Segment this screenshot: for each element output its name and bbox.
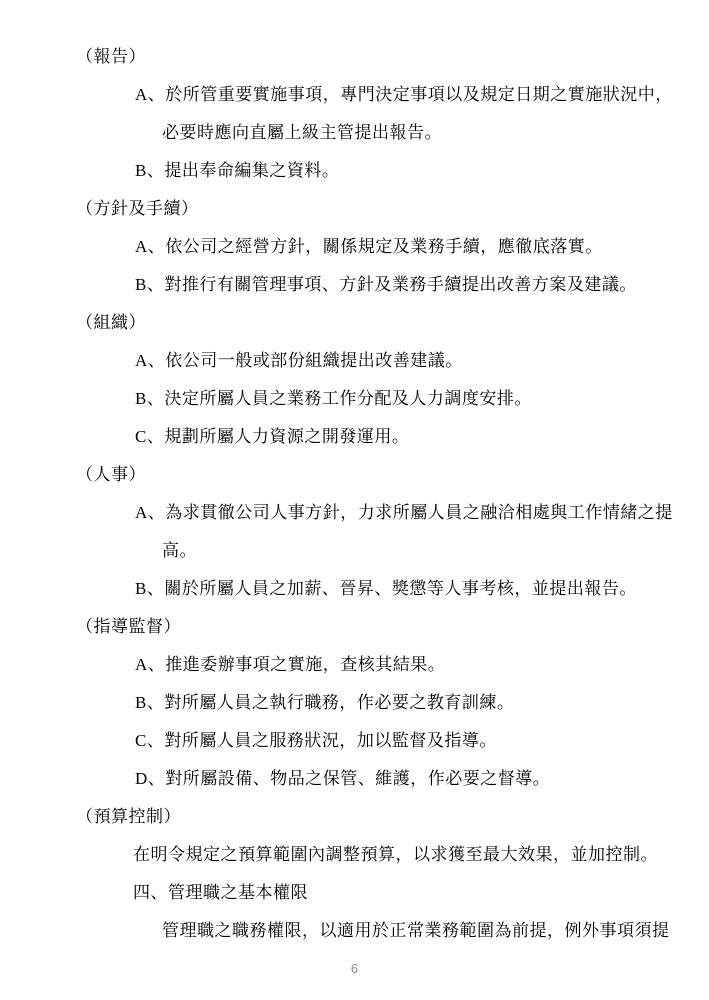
list-item: B、關於所屬人員之加薪、晉昇、獎懲等人事考核，並提出報告。 bbox=[0, 570, 709, 608]
list-item: B、對所屬人員之執行職務，作必要之教育訓練。 bbox=[0, 684, 709, 722]
list-item: B、決定所屬人員之業務工作分配及人力調度安排。 bbox=[0, 380, 709, 418]
section-header: （預算控制） bbox=[0, 798, 709, 836]
list-item: C、對所屬人員之服務狀況，加以監督及指導。 bbox=[0, 722, 709, 760]
list-item: A、為求貫徹公司人事方針，力求所屬人員之融洽相處與工作情緒之提 bbox=[0, 494, 709, 532]
list-item: B、提出奉命編集之資料。 bbox=[0, 152, 709, 190]
paragraph-first-line: 管理職之職務權限，以適用於正常業務範圍為前提，例外事項須提 bbox=[0, 912, 709, 950]
list-item: C、規劃所屬人力資源之開發運用。 bbox=[0, 418, 709, 456]
document-page: （報告） A、於所管重要實施事項，專門決定事項以及規定日期之實施狀況中， 必要時… bbox=[0, 0, 709, 1000]
section-header: （報告） bbox=[0, 38, 709, 76]
section-header: （指導監督） bbox=[0, 608, 709, 646]
list-item: A、依公司之經營方針，關係規定及業務手續，應徹底落實。 bbox=[0, 228, 709, 266]
list-item: A、推進委辦事項之實施，查核其結果。 bbox=[0, 646, 709, 684]
list-item: A、依公司一般或部份組織提出改善建議。 bbox=[0, 342, 709, 380]
numbered-heading: 四、管理職之基本權限 bbox=[0, 874, 709, 912]
section-header: （組織） bbox=[0, 304, 709, 342]
section-header: （方針及手續） bbox=[0, 190, 709, 228]
page-number: 6 bbox=[0, 961, 709, 976]
list-item-continuation: 必要時應向直屬上級主管提出報告。 bbox=[0, 114, 709, 152]
list-item-continuation: 高。 bbox=[0, 532, 709, 570]
list-item: D、對所屬設備、物品之保管、維護，作必要之督導。 bbox=[0, 760, 709, 798]
section-header: （人事） bbox=[0, 456, 709, 494]
list-item: A、於所管重要實施事項，專門決定事項以及規定日期之實施狀況中， bbox=[0, 76, 709, 114]
paragraph-line: 在明令規定之預算範圍內調整預算，以求獲至最大效果，並加控制。 bbox=[0, 836, 709, 874]
document-body: （報告） A、於所管重要實施事項，專門決定事項以及規定日期之實施狀況中， 必要時… bbox=[0, 0, 709, 950]
list-item: B、對推行有關管理事項、方針及業務手續提出改善方案及建議。 bbox=[0, 266, 709, 304]
